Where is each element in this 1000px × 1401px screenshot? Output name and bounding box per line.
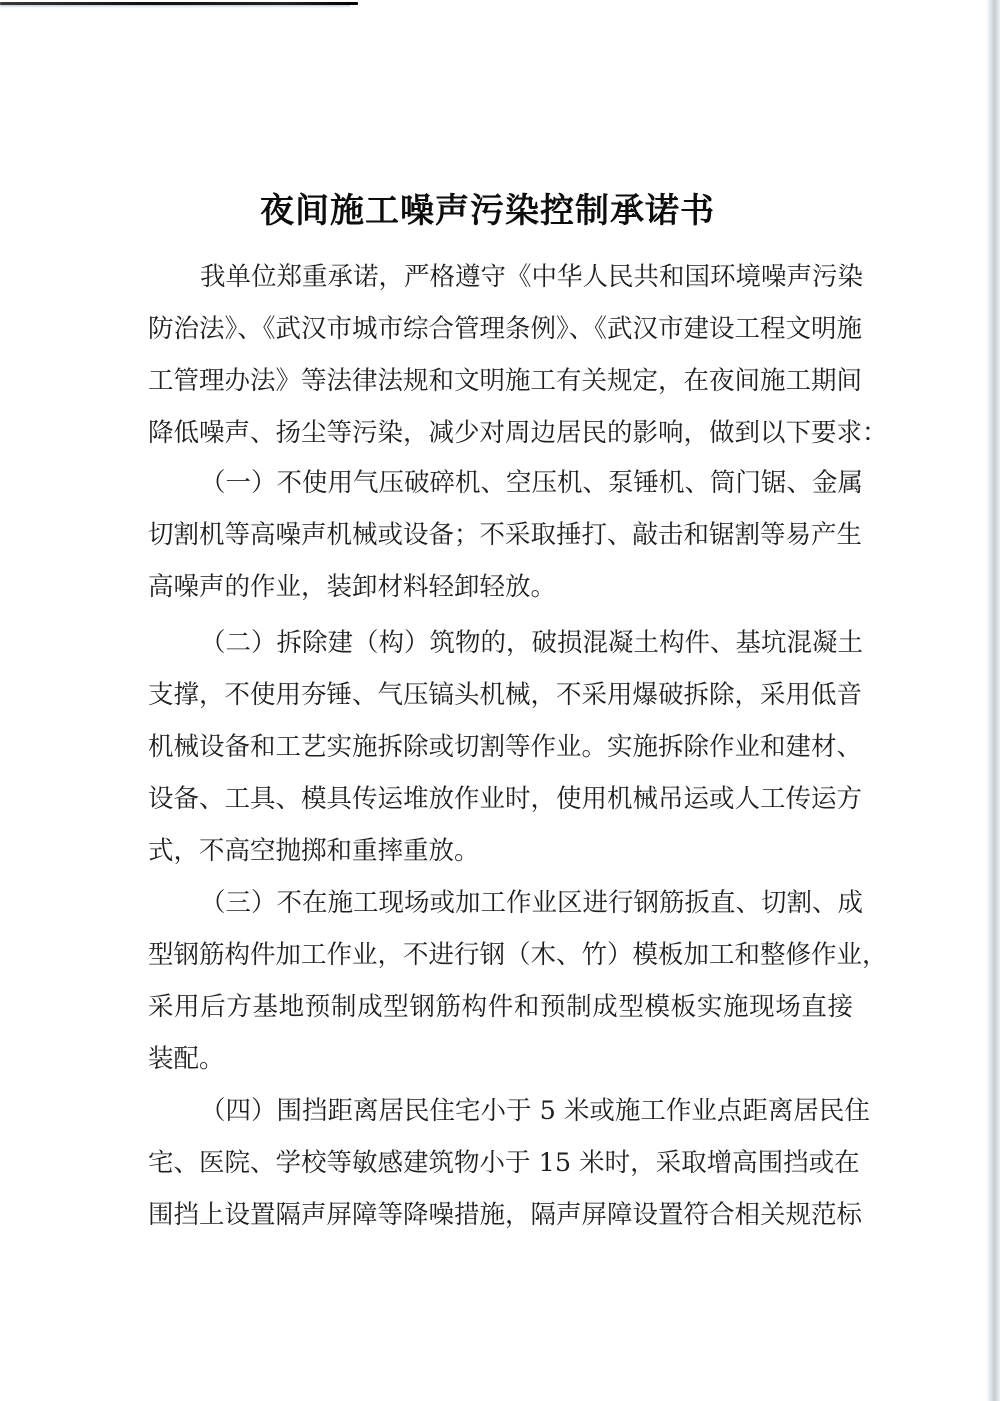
item-2-line-1: （二）拆除建（构）筑物的，破损混凝土构件、基坑混凝土 [200, 628, 853, 658]
document-title: 夜间施工噪声污染控制承诺书 [0, 183, 975, 232]
item-2-line-5: 式，不高空抛掷和重摔重放。 [148, 836, 480, 866]
item-3-line-1: （三）不在施工现场或加工作业区进行钢筋扳直、切割、成 [200, 888, 853, 918]
scan-edge-shadow [0, 5, 350, 8]
paragraph-intro-line-4: 降低噪声、扬尘等污染，减少对周边居民的影响，做到以下要求： [148, 418, 853, 448]
item-3-line-4: 装配。 [148, 1044, 225, 1074]
item-3-line-3: 采用后方基地预制成型钢筋构件和预制成型模板实施现场直接 [148, 992, 853, 1022]
item-1-line-3: 高噪声的作业，装卸材料轻卸轻放。 [148, 572, 556, 602]
item-1-line-2: 切割机等高噪声机械或设备；不采取捶打、敲击和锯割等易产生 [148, 520, 853, 550]
item-4-line-3: 围挡上设置隔声屏障等降噪措施，隔声屏障设置符合相关规范标 [148, 1200, 853, 1230]
paragraph-intro-line-1: 我单位郑重承诺，严格遵守《中华人民共和国环境噪声污染 [200, 262, 853, 292]
paragraph-intro-line-3: 工管理办法》等法律法规和文明施工有关规定，在夜间施工期间 [148, 366, 853, 396]
item-2-line-3: 机械设备和工艺实施拆除或切割等作业。实施拆除作业和建材、 [148, 732, 853, 762]
item-2-line-4: 设备、工具、模具传运堆放作业时，使用机械吊运或人工传运方 [148, 784, 853, 814]
paragraph-intro-line-2: 防治法》、《武汉市城市综合管理条例》、《武汉市建设工程文明施 [148, 314, 853, 344]
item-4-line-1: （四）围挡距离居民住宅小于 5 米或施工作业点距离居民住 [200, 1096, 853, 1126]
item-3-line-2: 型钢筋构件加工作业，不进行钢（木、竹）模板加工和整修作业， [148, 940, 853, 970]
item-1-line-1: （一）不使用气压破碎机、空压机、泵锤机、筒门锯、金属 [200, 468, 853, 498]
item-4-line-2: 宅、医院、学校等敏感建筑物小于 15 米时，采取增高围挡或在 [148, 1148, 853, 1178]
item-2-line-2: 支撑，不使用夯锤、气压镐头机械，不采用爆破拆除，采用低音 [148, 680, 853, 710]
scan-page-edge [986, 0, 1000, 1401]
